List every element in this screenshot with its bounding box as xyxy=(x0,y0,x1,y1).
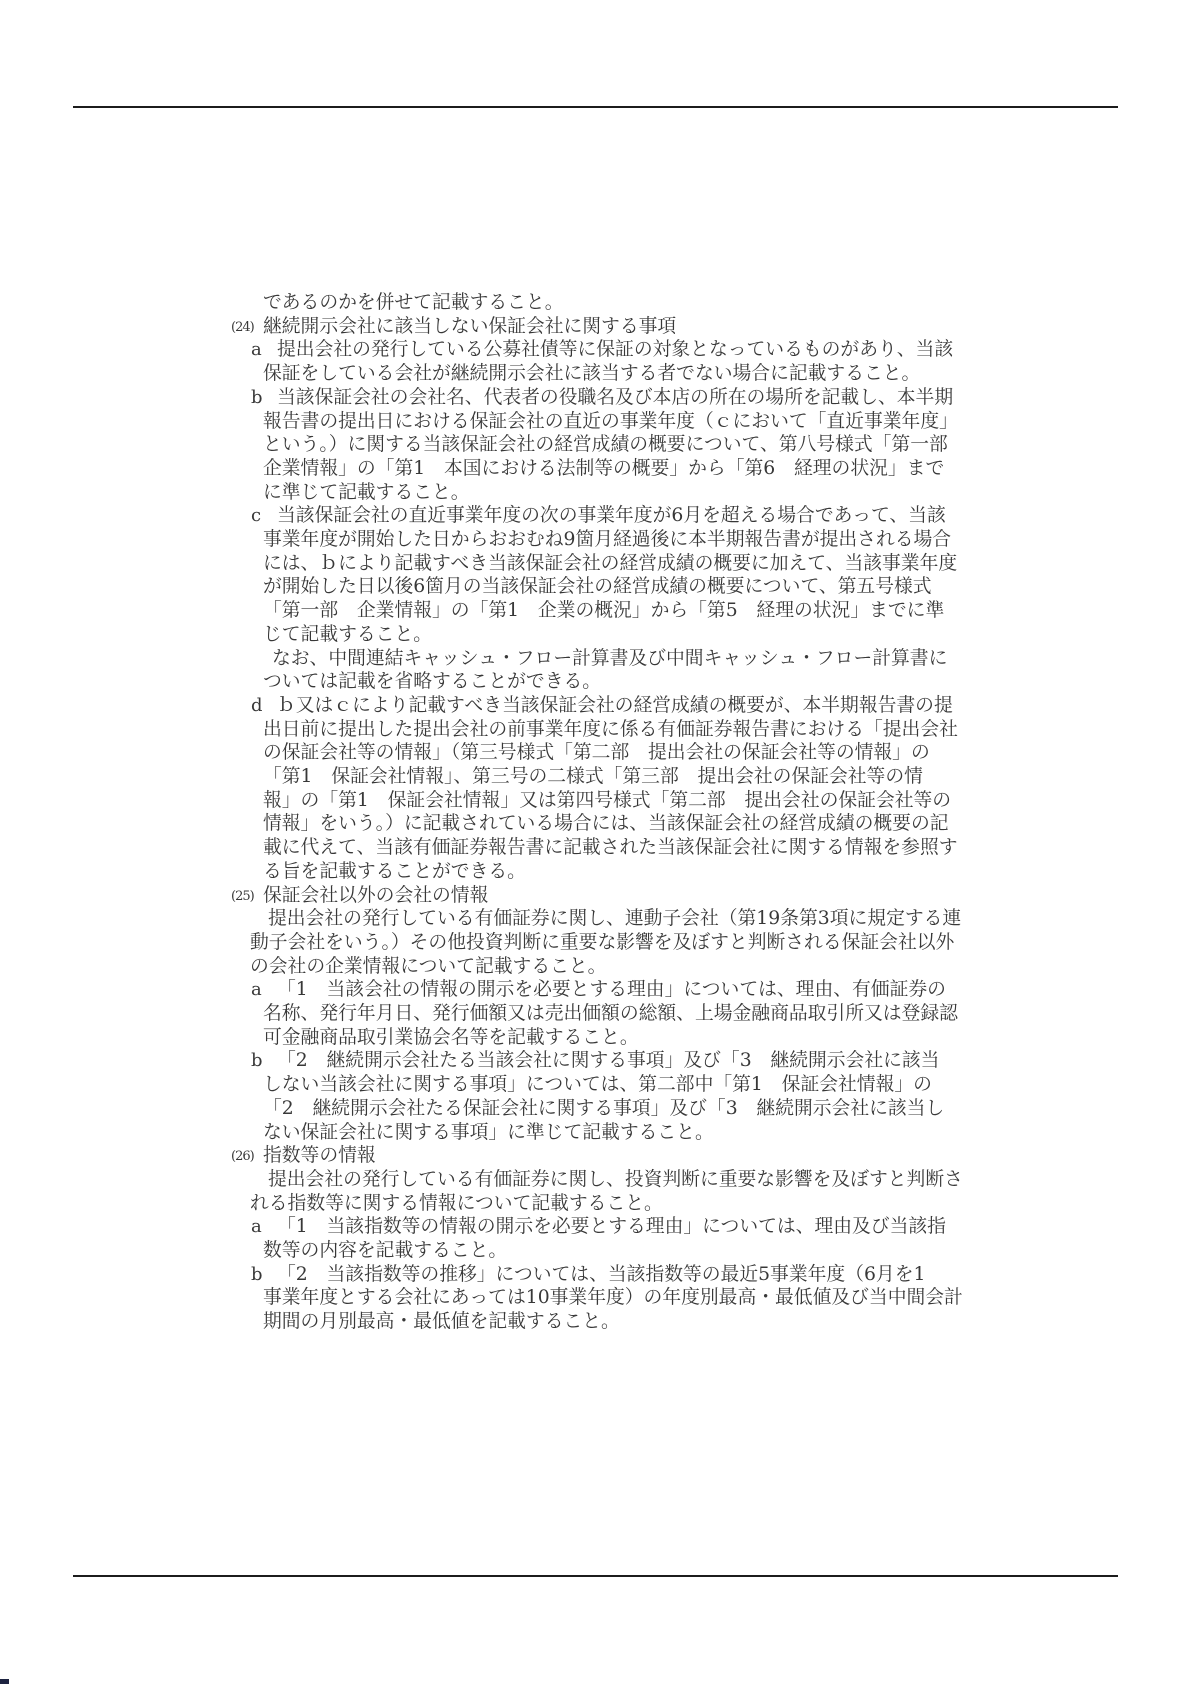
item-letter: c xyxy=(251,504,277,528)
item-letter: b xyxy=(251,1049,277,1073)
line-text: 動子会社をいう。）その他投資判断に重要な影響を及ぼすと判断される保証会社以外 xyxy=(250,932,954,953)
text-line: が開始した日以後6箇月の当該保証会社の経営成績の概要について、第五号様式 xyxy=(263,575,932,599)
text-line: ついては記載を省略することができる。 xyxy=(263,670,601,694)
line-text: 事業年度とする会社にあっては10事業年度）の年度別最高・最低値及び当中間会計 xyxy=(263,1287,963,1308)
item-letter: b xyxy=(251,386,277,410)
text-line: 「第1 保証会社情報」、第三号の二様式「第三部 提出会社の保証会社等の情 xyxy=(263,765,923,789)
line-text: ｂ又はｃにより記載すべき当該保証会社の経営成績の概要が、本半期報告書の提 xyxy=(277,695,953,716)
text-line: 「2 継続開示会社たる保証会社に関する事項」及び「3 継続開示会社に該当し xyxy=(263,1097,944,1121)
text-line: 情報」をいう。）に記載されている場合には、当該保証会社の経営成績の概要の記 xyxy=(263,812,949,836)
line-text: 可金融商品取引業協会名等を記載すること。 xyxy=(263,1027,639,1048)
text-line: 事業年度が開始した日からおおむね9箇月経過後に本半期報告書が提出される場合 xyxy=(263,528,951,552)
line-text: れる指数等に関する情報について記載すること。 xyxy=(250,1193,663,1214)
text-line: なお、中間連結キャッシュ・フロー計算書及び中間キャッシュ・フロー計算書に xyxy=(272,647,947,671)
text-line: という。）に関する当該保証会社の経営成績の概要について、第八号様式「第一部 xyxy=(263,433,948,457)
text-line: には、ｂにより記載すべき当該保証会社の経営成績の概要に加えて、当該事業年度 xyxy=(263,552,957,576)
text-line: 数等の内容を記載すること。 xyxy=(263,1239,507,1263)
text-line-with-marker: (25)保証会社以外の会社の情報 xyxy=(231,884,488,909)
text-line-with-marker: b「2 継続開示会社たる当該会社に関する事項」及び「3 継続開示会社に該当 xyxy=(251,1049,939,1073)
text-line-with-marker: a提出会社の発行している公募社債等に保証の対象となっているものがあり、当該 xyxy=(251,338,953,362)
line-text: 「1 当該会社の情報の開示を必要とする理由」については、理由、有価証券の xyxy=(277,979,946,1000)
item-letter: a xyxy=(251,338,277,362)
text-line: 載に代えて、当該有価証券報告書に記載された当該保証会社に関する情報を参照す xyxy=(263,836,958,860)
line-text: ない保証会社に関する事項」に準じて記載すること。 xyxy=(263,1122,714,1143)
line-text: る旨を記載することができる。 xyxy=(263,861,526,882)
item-letter: a xyxy=(251,1215,277,1239)
text-line: 動子会社をいう。）その他投資判断に重要な影響を及ぼすと判断される保証会社以外 xyxy=(250,931,954,955)
line-text: 提出会社の発行している有価証券に関し、連動子会社（第19条第3項に規定する連 xyxy=(268,908,961,929)
line-text: 「2 当該指数等の推移」については、当該指数等の最近5事業年度（6月を1 xyxy=(277,1264,925,1285)
text-line: 期間の月別最高・最低値を記載すること。 xyxy=(263,1310,620,1334)
line-text: しない当該会社に関する事項」については、第二部中「第1 保証会社情報」の xyxy=(263,1074,932,1095)
line-text: じて記載すること。 xyxy=(263,624,432,645)
text-line-with-marker: a「1 当該会社の情報の開示を必要とする理由」については、理由、有価証券の xyxy=(251,978,946,1002)
line-text: であるのかを併せて記載すること。 xyxy=(263,292,564,313)
line-text: の保証会社等の情報」（第三号様式「第二部 提出会社の保証会社等の情報」の xyxy=(263,742,930,763)
line-text: 「1 当該指数等の情報の開示を必要とする理由」については、理由及び当該指 xyxy=(277,1216,946,1237)
line-text: 提出会社の発行している公募社債等に保証の対象となっているものがあり、当該 xyxy=(277,339,953,360)
section-number: (24) xyxy=(231,316,263,340)
item-letter: d xyxy=(251,694,277,718)
line-text: に準じて記載すること。 xyxy=(263,482,470,503)
line-text: 継続開示会社に該当しない保証会社に関する事項 xyxy=(263,316,676,337)
text-line: の会社の企業情報について記載すること。 xyxy=(250,955,606,979)
line-text: 「第一部 企業情報」の「第1 企業の概況」から「第5 経理の状況」までに準 xyxy=(263,600,944,621)
text-line: に準じて記載すること。 xyxy=(263,481,470,505)
scan-artifact xyxy=(0,1679,9,1684)
item-letter: b xyxy=(251,1263,277,1287)
line-text: 企業情報」の「第1 本国における法制等の概要」から「第6 経理の状況」まで xyxy=(263,458,944,479)
text-line-with-marker: c当該保証会社の直近事業年度の次の事業年度が6月を超える場合であって、当該 xyxy=(251,504,946,528)
line-text: ついては記載を省略することができる。 xyxy=(263,671,601,692)
document-page: であるのかを併せて記載すること。(24)継続開示会社に該当しない保証会社に関する… xyxy=(0,0,1192,1685)
text-line: 「第一部 企業情報」の「第1 企業の概況」から「第5 経理の状況」までに準 xyxy=(263,599,944,623)
text-line-with-marker: (24)継続開示会社に該当しない保証会社に関する事項 xyxy=(231,315,676,340)
line-text: 情報」をいう。）に記載されている場合には、当該保証会社の経営成績の概要の記 xyxy=(263,813,949,834)
line-text: 出日前に提出した提出会社の前事業年度に係る有価証券報告書における「提出会社 xyxy=(263,719,958,740)
text-line: の保証会社等の情報」（第三号様式「第二部 提出会社の保証会社等の情報」の xyxy=(263,741,930,765)
text-line: れる指数等に関する情報について記載すること。 xyxy=(250,1192,663,1216)
line-text: 名称、発行年月日、発行価額又は売出価額の総額、上場金融商品取引所又は登録認 xyxy=(263,1003,958,1024)
section-number: (25) xyxy=(231,885,263,909)
line-text: 提出会社の発行している有価証券に関し、投資判断に重要な影響を及ぼすと判断さ xyxy=(268,1169,963,1190)
text-line: 保証をしている会社が継続開示会社に該当する者でない場合に記載すること。 xyxy=(263,362,920,386)
line-text: 指数等の情報 xyxy=(263,1145,376,1166)
text-line: 出日前に提出した提出会社の前事業年度に係る有価証券報告書における「提出会社 xyxy=(263,718,958,742)
line-text: 報」の「第1 保証会社情報」又は第四号様式「第二部 提出会社の保証会社等の xyxy=(263,790,951,811)
text-line: 名称、発行年月日、発行価額又は売出価額の総額、上場金融商品取引所又は登録認 xyxy=(263,1002,958,1026)
line-text: 「2 継続開示会社たる保証会社に関する事項」及び「3 継続開示会社に該当し xyxy=(263,1098,944,1119)
line-text: なお、中間連結キャッシュ・フロー計算書及び中間キャッシュ・フロー計算書に xyxy=(272,648,947,669)
line-text: 「2 継続開示会社たる当該会社に関する事項」及び「3 継続開示会社に該当 xyxy=(277,1050,939,1071)
line-text: という。）に関する当該保証会社の経営成績の概要について、第八号様式「第一部 xyxy=(263,434,948,455)
text-line: であるのかを併せて記載すること。 xyxy=(263,291,564,315)
line-text: の会社の企業情報について記載すること。 xyxy=(250,956,606,977)
line-text: 載に代えて、当該有価証券報告書に記載された当該保証会社に関する情報を参照す xyxy=(263,837,958,858)
text-line-with-marker: dｂ又はｃにより記載すべき当該保証会社の経営成績の概要が、本半期報告書の提 xyxy=(251,694,953,718)
line-text: 事業年度が開始した日からおおむね9箇月経過後に本半期報告書が提出される場合 xyxy=(263,529,951,550)
text-line: 可金融商品取引業協会名等を記載すること。 xyxy=(263,1026,639,1050)
section-number: (26) xyxy=(231,1145,263,1169)
text-line: 報告書の提出日における保証会社の直近の事業年度（ｃにおいて「直近事業年度」 xyxy=(263,410,958,434)
text-line: る旨を記載することができる。 xyxy=(263,860,526,884)
item-letter: a xyxy=(251,978,277,1002)
line-text: 保証会社以外の会社の情報 xyxy=(263,885,488,906)
text-line-with-marker: b「2 当該指数等の推移」については、当該指数等の最近5事業年度（6月を1 xyxy=(251,1263,925,1287)
footer-rule xyxy=(73,1575,1118,1577)
line-text: 期間の月別最高・最低値を記載すること。 xyxy=(263,1311,620,1332)
line-text: 報告書の提出日における保証会社の直近の事業年度（ｃにおいて「直近事業年度」 xyxy=(263,411,958,432)
text-line: 提出会社の発行している有価証券に関し、投資判断に重要な影響を及ぼすと判断さ xyxy=(268,1168,963,1192)
text-line: 報」の「第1 保証会社情報」又は第四号様式「第二部 提出会社の保証会社等の xyxy=(263,789,951,813)
line-text: 保証をしている会社が継続開示会社に該当する者でない場合に記載すること。 xyxy=(263,363,920,384)
text-line: 事業年度とする会社にあっては10事業年度）の年度別最高・最低値及び当中間会計 xyxy=(263,1286,963,1310)
document-text-block: であるのかを併せて記載すること。(24)継続開示会社に該当しない保証会社に関する… xyxy=(0,0,1192,1685)
text-line-with-marker: a「1 当該指数等の情報の開示を必要とする理由」については、理由及び当該指 xyxy=(251,1215,946,1239)
text-line: ない保証会社に関する事項」に準じて記載すること。 xyxy=(263,1121,714,1145)
text-line: 提出会社の発行している有価証券に関し、連動子会社（第19条第3項に規定する連 xyxy=(268,907,961,931)
text-line-with-marker: (26)指数等の情報 xyxy=(231,1144,376,1169)
line-text: 当該保証会社の直近事業年度の次の事業年度が6月を超える場合であって、当該 xyxy=(277,505,946,526)
line-text: には、ｂにより記載すべき当該保証会社の経営成績の概要に加えて、当該事業年度 xyxy=(263,553,957,574)
line-text: 当該保証会社の会社名、代表者の役職名及び本店の所在の場所を記載し、本半期 xyxy=(277,387,953,408)
line-text: が開始した日以後6箇月の当該保証会社の経営成績の概要について、第五号様式 xyxy=(263,576,932,597)
text-line: じて記載すること。 xyxy=(263,623,432,647)
text-line-with-marker: b当該保証会社の会社名、代表者の役職名及び本店の所在の場所を記載し、本半期 xyxy=(251,386,953,410)
text-line: 企業情報」の「第1 本国における法制等の概要」から「第6 経理の状況」まで xyxy=(263,457,944,481)
line-text: 数等の内容を記載すること。 xyxy=(263,1240,507,1261)
text-line: しない当該会社に関する事項」については、第二部中「第1 保証会社情報」の xyxy=(263,1073,932,1097)
line-text: 「第1 保証会社情報」、第三号の二様式「第三部 提出会社の保証会社等の情 xyxy=(263,766,923,787)
